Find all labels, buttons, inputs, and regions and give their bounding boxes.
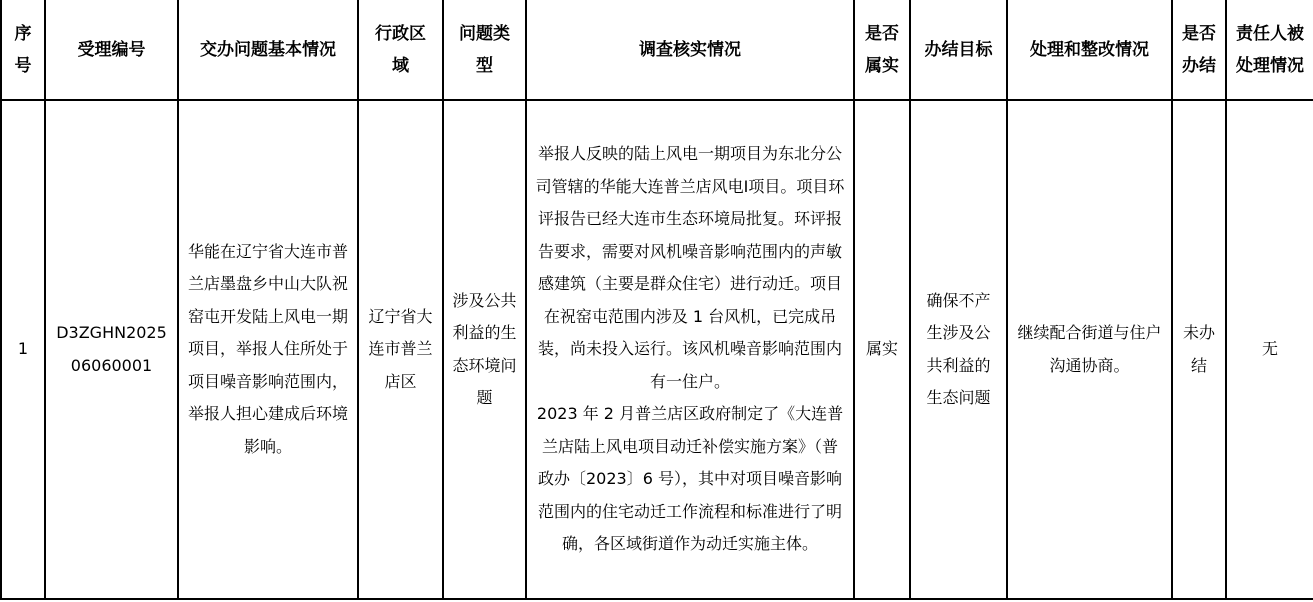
header-target: 办结目标 [910, 0, 1007, 100]
cell-basic-situation: 华能在辽宁省大连市普兰店墨盘乡中山大队祝窑屯开发陆上风电一期项目，举报人住所处于… [178, 100, 358, 599]
cell-target: 确保不产生涉及公共利益的生态问题 [910, 100, 1007, 599]
cell-is-true: 属实 [854, 100, 910, 599]
cell-district: 辽宁省大连市普兰店区 [358, 100, 443, 599]
header-problem-type: 问题类型 [443, 0, 526, 100]
cell-is-closed: 未办结 [1172, 100, 1226, 599]
cell-investigation: 举报人反映的陆上风电一期项目为东北分公司管辖的华能大连普兰店风电Ⅰ项目。项目环评… [526, 100, 854, 599]
header-accountability: 责任人被处理情况 [1226, 0, 1313, 100]
complaint-report-table: 序号 受理编号 交办问题基本情况 行政区域 问题类型 调查核实情况 是否属实 办… [0, 0, 1313, 600]
cell-index: 1 [1, 100, 45, 599]
header-district: 行政区域 [358, 0, 443, 100]
cell-problem-type: 涉及公共利益的生态环境问题 [443, 100, 526, 599]
header-handling: 处理和整改情况 [1007, 0, 1172, 100]
cell-handling: 继续配合街道与住户沟通协商。 [1007, 100, 1172, 599]
header-case-id: 受理编号 [45, 0, 178, 100]
cell-case-id: D3ZGHN202506060001 [45, 100, 178, 599]
investigation-paragraph-1: 举报人反映的陆上风电一期项目为东北分公司管辖的华能大连普兰店风电Ⅰ项目。项目环评… [535, 138, 845, 398]
header-basic-situation: 交办问题基本情况 [178, 0, 358, 100]
header-is-closed: 是否办结 [1172, 0, 1226, 100]
investigation-paragraph-2: 2023 年 2 月普兰店区政府制定了《大连普兰店陆上风电项目动迁补偿实施方案》… [535, 398, 845, 561]
cell-accountability: 无 [1226, 100, 1313, 599]
header-is-true: 是否属实 [854, 0, 910, 100]
header-investigation: 调查核实情况 [526, 0, 854, 100]
table-header-row: 序号 受理编号 交办问题基本情况 行政区域 问题类型 调查核实情况 是否属实 办… [1, 0, 1313, 100]
header-index: 序号 [1, 0, 45, 100]
table-row: 1 D3ZGHN202506060001 华能在辽宁省大连市普兰店墨盘乡中山大队… [1, 100, 1313, 599]
